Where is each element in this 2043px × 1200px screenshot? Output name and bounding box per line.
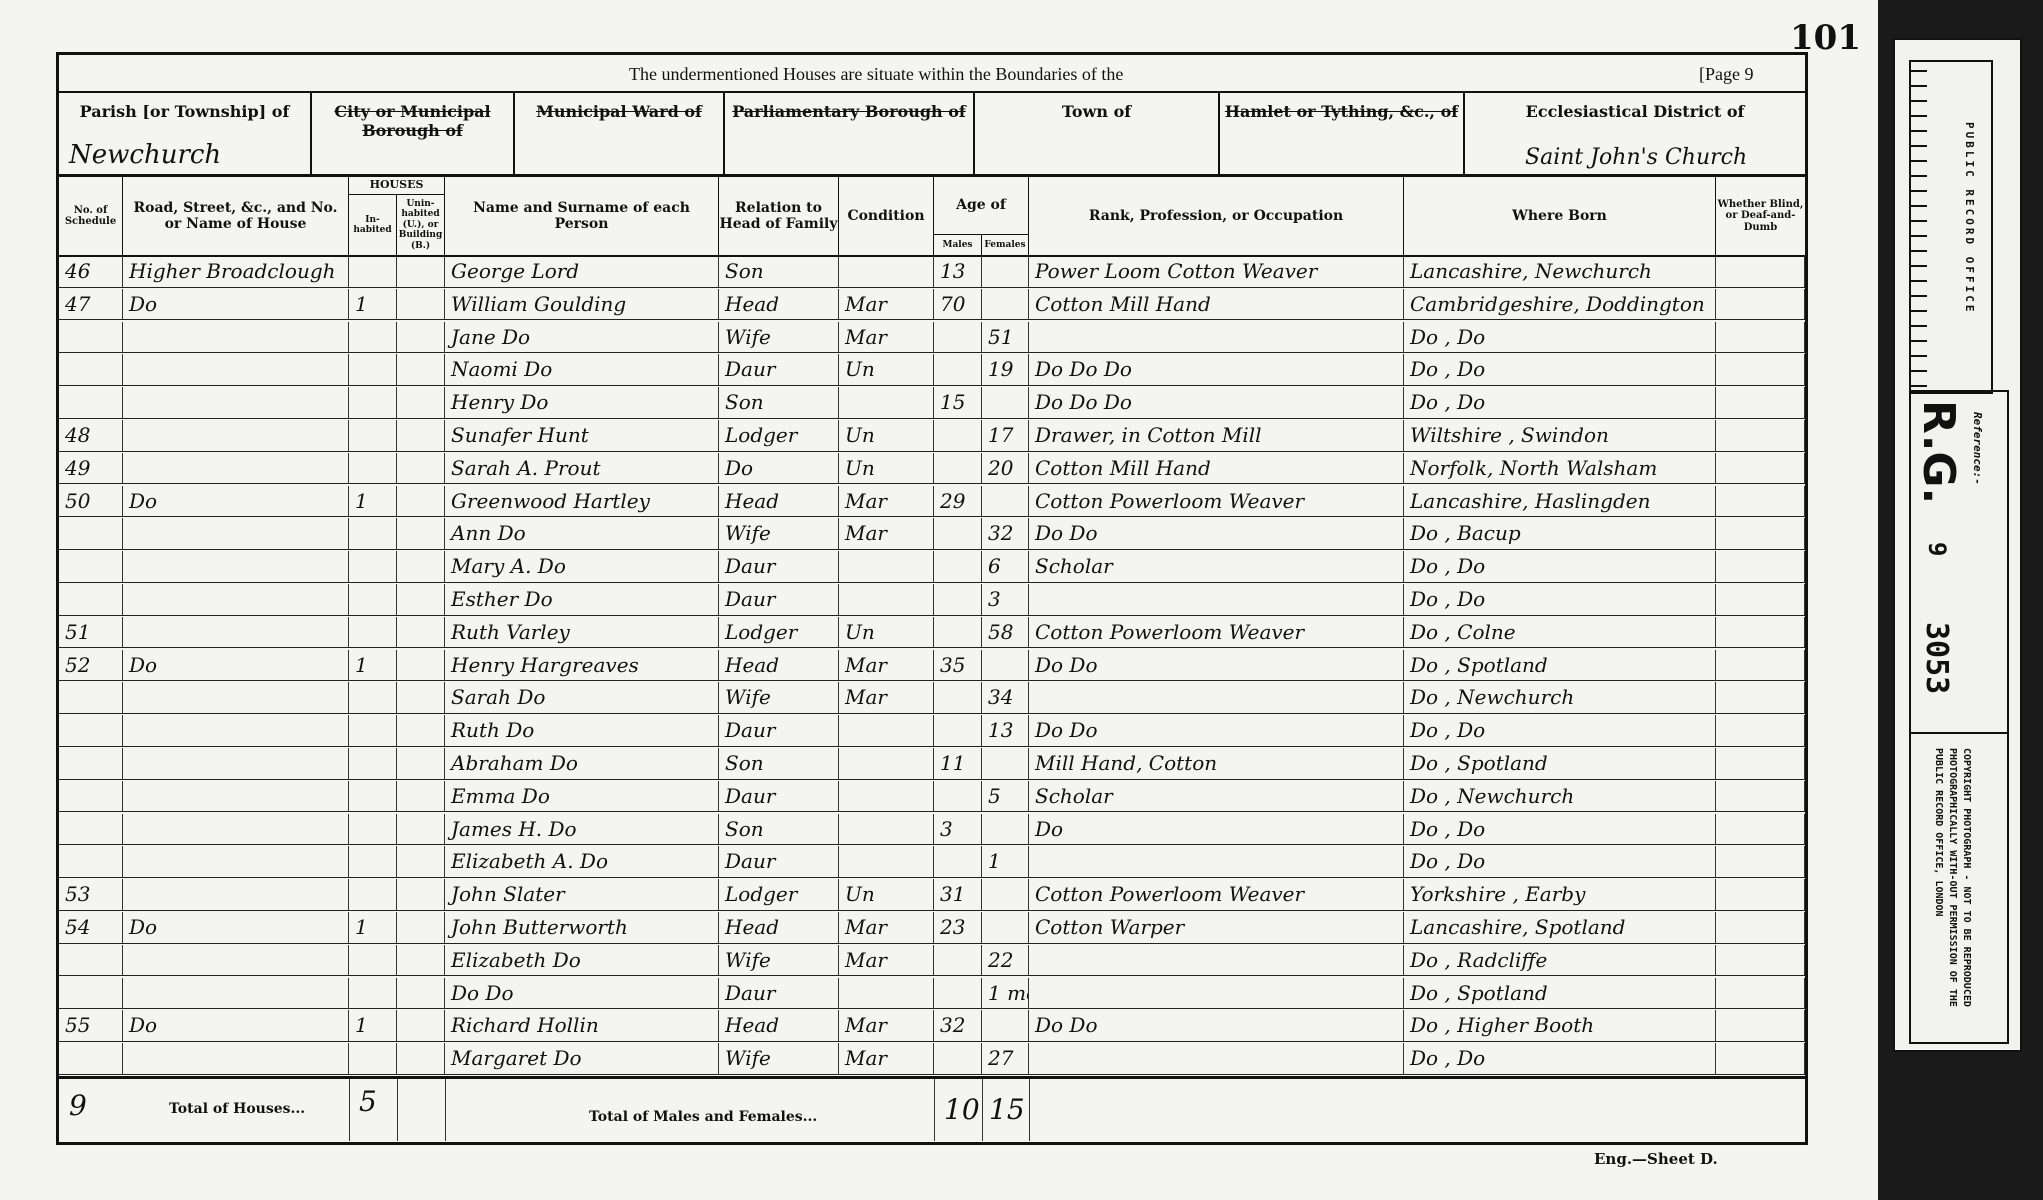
cell-uninh xyxy=(397,1010,445,1041)
cell-schedule: 47 xyxy=(59,289,123,320)
cell-f xyxy=(982,879,1029,910)
census-row: Jane DoWifeMar51Do , Do xyxy=(59,322,1805,354)
cell-blind xyxy=(1716,781,1805,812)
reference-class: R.G. xyxy=(1913,400,1964,504)
cell-rel: Head xyxy=(719,289,839,320)
cell-name: Ruth Varley xyxy=(445,617,719,648)
cell-name: Mary A. Do xyxy=(445,551,719,582)
parliamentary-borough-label: Parliamentary Borough of xyxy=(725,102,973,121)
cell-f: 1 mo xyxy=(982,978,1029,1009)
cell-cond: Un xyxy=(839,354,934,385)
cell-occ: Cotton Mill Hand xyxy=(1029,453,1404,484)
totals-row: 9 Total of Houses... 5 Total of Males an… xyxy=(59,1076,1805,1141)
cell-f xyxy=(982,1010,1029,1041)
cell-inh xyxy=(349,682,397,713)
cell-road xyxy=(123,682,349,713)
cell-schedule: 50 xyxy=(59,486,123,517)
cell-cond xyxy=(839,715,934,746)
cell-rel: Lodger xyxy=(719,617,839,648)
cell-rel: Head xyxy=(719,1010,839,1041)
hamlet-cell: Hamlet or Tything, &c., of xyxy=(1220,92,1465,174)
cell-rel: Daur xyxy=(719,781,839,812)
cell-blind xyxy=(1716,486,1805,517)
cell-road xyxy=(123,781,349,812)
cell-f: 20 xyxy=(982,453,1029,484)
cell-cond: Mar xyxy=(839,650,934,681)
cell-road: Do xyxy=(123,1010,349,1041)
cell-name: John Butterworth xyxy=(445,912,719,943)
cell-m: 11 xyxy=(934,748,982,779)
cell-m xyxy=(934,518,982,549)
cell-inh: 1 xyxy=(349,650,397,681)
cell-blind xyxy=(1716,1043,1805,1074)
col-name: Name and Surname of each Person xyxy=(445,177,719,255)
census-page: 101 The undermentioned Houses are situat… xyxy=(0,0,1878,1200)
cell-m xyxy=(934,846,982,877)
cell-occ: Cotton Powerloom Weaver xyxy=(1029,486,1404,517)
cell-born: Do , Do xyxy=(1404,387,1716,418)
cell-schedule xyxy=(59,978,123,1009)
cell-blind xyxy=(1716,814,1805,845)
cell-blind xyxy=(1716,551,1805,582)
cell-f xyxy=(982,650,1029,681)
cell-road xyxy=(123,551,349,582)
cell-rel: Daur xyxy=(719,715,839,746)
cell-schedule: 48 xyxy=(59,420,123,451)
cell-name: Jane Do xyxy=(445,322,719,353)
cell-f: 27 xyxy=(982,1043,1029,1074)
ecclesiastical-district-value: Saint John's Church xyxy=(1525,145,1747,170)
cell-road: Do xyxy=(123,289,349,320)
cell-cond xyxy=(839,551,934,582)
census-row: 51Ruth VarleyLodgerUn58Cotton Powerloom … xyxy=(59,617,1805,649)
cell-occ: Cotton Powerloom Weaver xyxy=(1029,879,1404,910)
cell-inh xyxy=(349,1043,397,1074)
cell-uninh xyxy=(397,945,445,976)
cell-m: 35 xyxy=(934,650,982,681)
cell-born: Do , Spotland xyxy=(1404,978,1716,1009)
cell-name: John Slater xyxy=(445,879,719,910)
cell-f xyxy=(982,912,1029,943)
ruler-tick xyxy=(1911,265,1927,267)
cell-f: 58 xyxy=(982,617,1029,648)
cell-name: Ruth Do xyxy=(445,715,719,746)
census-row: 50Do1Greenwood HartleyHeadMar29Cotton Po… xyxy=(59,486,1805,518)
cell-occ: Cotton Mill Hand xyxy=(1029,289,1404,320)
col-inhabited: In-habited xyxy=(349,195,397,255)
ruler-tick xyxy=(1911,220,1927,222)
cell-inh xyxy=(349,322,397,353)
ruler-tick xyxy=(1911,295,1927,297)
cell-occ: Power Loom Cotton Weaver xyxy=(1029,256,1404,287)
cell-blind xyxy=(1716,289,1805,320)
reference-piece: 3053 xyxy=(1919,622,1954,694)
cell-rel: Wife xyxy=(719,682,839,713)
cell-schedule: 53 xyxy=(59,879,123,910)
cell-rel: Lodger xyxy=(719,420,839,451)
census-row: Esther DoDaur3Do , Do xyxy=(59,584,1805,616)
cell-born: Do , Newchurch xyxy=(1404,781,1716,812)
cell-name: Abraham Do xyxy=(445,748,719,779)
parish-value: Newchurch xyxy=(69,140,221,170)
reference-box: Reference:- R.G. 9 3053 COPYRIGHT PHOTOG… xyxy=(1909,390,2009,1044)
cell-inh xyxy=(349,814,397,845)
cell-blind xyxy=(1716,354,1805,385)
cell-uninh xyxy=(397,387,445,418)
col-condition: Condition xyxy=(839,177,934,255)
cell-rel: Son xyxy=(719,256,839,287)
cell-uninh xyxy=(397,420,445,451)
cell-blind xyxy=(1716,617,1805,648)
cell-occ: Do Do xyxy=(1029,518,1404,549)
census-row: Elizabeth DoWifeMar22Do , Radcliffe xyxy=(59,945,1805,977)
cell-born: Wiltshire , Swindon xyxy=(1404,420,1716,451)
cell-born: Do , Do xyxy=(1404,322,1716,353)
cell-born: Norfolk, North Walsham xyxy=(1404,453,1716,484)
municipal-borough-cell: City or Municipal Borough of xyxy=(312,92,515,174)
cell-inh xyxy=(349,715,397,746)
cell-f: 51 xyxy=(982,322,1029,353)
cell-name: George Lord xyxy=(445,256,719,287)
cell-uninh xyxy=(397,289,445,320)
cell-cond xyxy=(839,978,934,1009)
cell-inh xyxy=(349,354,397,385)
cell-occ: Do Do xyxy=(1029,650,1404,681)
cell-schedule xyxy=(59,748,123,779)
col-blind-deaf: Whether Blind, or Deaf-and-Dumb xyxy=(1716,177,1805,255)
total-males: 10 xyxy=(944,1093,980,1126)
cell-cond: Mar xyxy=(839,289,934,320)
cell-rel: Head xyxy=(719,912,839,943)
census-row: 47Do1William GouldingHeadMar70Cotton Mil… xyxy=(59,289,1805,321)
census-row: 53John SlaterLodgerUn31Cotton Powerloom … xyxy=(59,879,1805,911)
cell-occ: Scholar xyxy=(1029,781,1404,812)
cell-occ: Do Do Do xyxy=(1029,387,1404,418)
cell-occ: Do xyxy=(1029,814,1404,845)
cell-blind xyxy=(1716,682,1805,713)
cell-schedule xyxy=(59,846,123,877)
census-row: Elizabeth A. DoDaur1Do , Do xyxy=(59,846,1805,878)
cell-uninh xyxy=(397,486,445,517)
cell-blind xyxy=(1716,846,1805,877)
cell-road xyxy=(123,846,349,877)
census-row: Margaret DoWifeMar27Do , Do xyxy=(59,1043,1805,1075)
cell-blind xyxy=(1716,420,1805,451)
cell-name: Margaret Do xyxy=(445,1043,719,1074)
cell-occ xyxy=(1029,682,1404,713)
cell-cond xyxy=(839,387,934,418)
cell-inh: 1 xyxy=(349,912,397,943)
cell-road xyxy=(123,354,349,385)
total-houses-value: 5 xyxy=(359,1085,377,1118)
cell-cond: Mar xyxy=(839,682,934,713)
cell-name: Sarah A. Prout xyxy=(445,453,719,484)
census-row: Naomi DoDaurUn19Do Do DoDo , Do xyxy=(59,354,1805,386)
cell-name: William Goulding xyxy=(445,289,719,320)
cell-f xyxy=(982,814,1029,845)
cell-blind xyxy=(1716,453,1805,484)
ruler-tick xyxy=(1911,190,1927,192)
cell-cond xyxy=(839,814,934,845)
cell-rel: Daur xyxy=(719,551,839,582)
parliamentary-borough-cell: Parliamentary Borough of xyxy=(725,92,975,174)
cell-m xyxy=(934,322,982,353)
cell-occ: Cotton Powerloom Weaver xyxy=(1029,617,1404,648)
census-row: 49Sarah A. ProutDoUn20Cotton Mill HandNo… xyxy=(59,453,1805,485)
ruler-tick xyxy=(1911,85,1927,87)
cell-cond: Mar xyxy=(839,912,934,943)
cell-uninh xyxy=(397,682,445,713)
cell-f: 17 xyxy=(982,420,1029,451)
cell-cond: Un xyxy=(839,420,934,451)
cell-schedule xyxy=(59,551,123,582)
cell-inh xyxy=(349,748,397,779)
cell-born: Cambridgeshire, Doddington xyxy=(1404,289,1716,320)
cell-m xyxy=(934,1043,982,1074)
cell-m xyxy=(934,420,982,451)
ruler: PUBLIC RECORD OFFICE xyxy=(1909,60,1993,394)
ruler-tick xyxy=(1911,115,1927,117)
total-persons-label: Total of Males and Females... xyxy=(589,1109,817,1125)
census-row: Emma DoDaur5ScholarDo , Newchurch xyxy=(59,781,1805,813)
census-row: Sarah DoWifeMar34Do , Newchurch xyxy=(59,682,1805,714)
cell-f: 6 xyxy=(982,551,1029,582)
cell-m xyxy=(934,354,982,385)
cell-occ: Scholar xyxy=(1029,551,1404,582)
cell-blind xyxy=(1716,912,1805,943)
census-row: Do DoDaur1 moDo , Spotland xyxy=(59,978,1805,1010)
ruler-tick xyxy=(1911,355,1927,357)
column-headers: No. of Schedule Road, Street, &c., and N… xyxy=(59,177,1805,257)
ruler-tick xyxy=(1911,145,1927,147)
cell-m xyxy=(934,715,982,746)
cell-blind xyxy=(1716,387,1805,418)
cell-rel: Head xyxy=(719,486,839,517)
census-row: 54Do1John ButterworthHeadMar23Cotton War… xyxy=(59,912,1805,944)
sheet-footer: Eng.—Sheet D. xyxy=(1594,1150,1718,1168)
cell-f: 13 xyxy=(982,715,1029,746)
district-header: Parish [or Township] of Newchurch City o… xyxy=(59,92,1805,177)
cell-m: 31 xyxy=(934,879,982,910)
cell-f: 1 xyxy=(982,846,1029,877)
ruler-tick xyxy=(1911,70,1927,72)
cell-rel: Daur xyxy=(719,978,839,1009)
cell-road xyxy=(123,879,349,910)
cell-m: 3 xyxy=(934,814,982,845)
census-row: Abraham DoSon11Mill Hand, CottonDo , Spo… xyxy=(59,748,1805,780)
cell-road xyxy=(123,814,349,845)
cell-rel: Wife xyxy=(719,945,839,976)
col-where-born: Where Born xyxy=(1404,177,1716,255)
town-label: Town of xyxy=(975,102,1218,121)
cell-inh xyxy=(349,978,397,1009)
ruler-tick xyxy=(1911,100,1927,102)
cell-uninh xyxy=(397,518,445,549)
cell-inh xyxy=(349,453,397,484)
cell-rel: Wife xyxy=(719,322,839,353)
cell-schedule xyxy=(59,354,123,385)
cell-m xyxy=(934,781,982,812)
cell-uninh xyxy=(397,715,445,746)
cell-schedule xyxy=(59,682,123,713)
cell-m xyxy=(934,682,982,713)
cell-uninh xyxy=(397,879,445,910)
form-title-row: The undermentioned Houses are situate wi… xyxy=(59,55,1805,93)
ruler-tick xyxy=(1911,385,1927,387)
cell-road xyxy=(123,584,349,615)
cell-born: Do , Do xyxy=(1404,1043,1716,1074)
ruler-tick xyxy=(1911,160,1927,162)
cell-inh: 1 xyxy=(349,289,397,320)
cell-occ xyxy=(1029,846,1404,877)
cell-born: Do , Spotland xyxy=(1404,650,1716,681)
cell-rel: Lodger xyxy=(719,879,839,910)
cell-schedule: 51 xyxy=(59,617,123,648)
cell-rel: Daur xyxy=(719,354,839,385)
cell-born: Do , Newchurch xyxy=(1404,682,1716,713)
cell-cond: Un xyxy=(839,453,934,484)
form-title: The undermentioned Houses are situate wi… xyxy=(629,64,1123,85)
cell-rel: Wife xyxy=(719,1043,839,1074)
cell-rel: Wife xyxy=(719,518,839,549)
cell-road: Do xyxy=(123,912,349,943)
public-record-office-label: PUBLIC RECORD OFFICE xyxy=(1963,122,1976,314)
cell-schedule: 54 xyxy=(59,912,123,943)
cell-road xyxy=(123,387,349,418)
col-occupation: Rank, Profession, or Occupation xyxy=(1029,177,1404,255)
cell-inh xyxy=(349,945,397,976)
cell-inh: 1 xyxy=(349,1010,397,1041)
cell-schedule xyxy=(59,387,123,418)
col-schedule: No. of Schedule xyxy=(59,177,123,255)
cell-born: Do , Do xyxy=(1404,584,1716,615)
col-houses: HOUSES xyxy=(349,177,445,195)
cell-born: Do , Do xyxy=(1404,551,1716,582)
cell-rel: Son xyxy=(719,387,839,418)
cell-uninh xyxy=(397,584,445,615)
cell-road xyxy=(123,322,349,353)
cell-cond xyxy=(839,584,934,615)
cell-blind xyxy=(1716,518,1805,549)
cell-cond: Un xyxy=(839,879,934,910)
cell-born: Lancashire, Spotland xyxy=(1404,912,1716,943)
cell-road xyxy=(123,617,349,648)
col-age: Age of xyxy=(934,177,1029,235)
cell-uninh xyxy=(397,256,445,287)
cell-name: Sunafer Hunt xyxy=(445,420,719,451)
ruler-tick xyxy=(1911,310,1927,312)
cell-m xyxy=(934,617,982,648)
ruler-tick xyxy=(1911,280,1927,282)
cell-uninh xyxy=(397,1043,445,1074)
cell-name: Emma Do xyxy=(445,781,719,812)
cell-schedule: 46 xyxy=(59,256,123,287)
cell-uninh xyxy=(397,814,445,845)
cell-cond xyxy=(839,846,934,877)
cell-inh xyxy=(349,518,397,549)
ruler-tick xyxy=(1911,205,1927,207)
cell-uninh xyxy=(397,551,445,582)
cell-blind xyxy=(1716,715,1805,746)
cell-m xyxy=(934,945,982,976)
cell-occ: Mill Hand, Cotton xyxy=(1029,748,1404,779)
ruler-tick xyxy=(1911,340,1927,342)
cell-road xyxy=(123,453,349,484)
cell-f: 22 xyxy=(982,945,1029,976)
ruler-tick xyxy=(1911,250,1927,252)
cell-blind xyxy=(1716,1010,1805,1041)
cell-occ xyxy=(1029,978,1404,1009)
col-uninhabited: Unin-habited (U.), or Building (B.) xyxy=(397,195,445,255)
cell-rel: Daur xyxy=(719,846,839,877)
cell-occ xyxy=(1029,322,1404,353)
census-row: 52Do1Henry HargreavesHeadMar35Do DoDo , … xyxy=(59,650,1805,682)
cell-f: 3 xyxy=(982,584,1029,615)
cell-f xyxy=(982,486,1029,517)
cell-m: 23 xyxy=(934,912,982,943)
cell-uninh xyxy=(397,617,445,648)
hamlet-label: Hamlet or Tything, &c., of xyxy=(1220,102,1463,121)
cell-occ: Cotton Warper xyxy=(1029,912,1404,943)
cell-road xyxy=(123,748,349,779)
parish-label: Parish [or Township] of xyxy=(59,102,310,121)
cell-blind xyxy=(1716,945,1805,976)
reference-series: 9 xyxy=(1923,542,1951,556)
cell-blind xyxy=(1716,879,1805,910)
cell-cond: Mar xyxy=(839,945,934,976)
ruler-tick xyxy=(1911,130,1927,132)
census-row: 46Higher BroadcloughGeorge LordSon13Powe… xyxy=(59,256,1805,288)
cell-blind xyxy=(1716,584,1805,615)
cell-blind xyxy=(1716,978,1805,1009)
census-form: The undermentioned Houses are situate wi… xyxy=(56,52,1808,1145)
cell-born: Do , Do xyxy=(1404,814,1716,845)
cell-inh xyxy=(349,879,397,910)
cell-rel: Son xyxy=(719,748,839,779)
cell-road xyxy=(123,715,349,746)
cell-name: Greenwood Hartley xyxy=(445,486,719,517)
cell-uninh xyxy=(397,781,445,812)
cell-schedule: 55 xyxy=(59,1010,123,1041)
cell-cond: Mar xyxy=(839,1043,934,1074)
cell-road xyxy=(123,945,349,976)
cell-m: 13 xyxy=(934,256,982,287)
cell-schedule xyxy=(59,322,123,353)
cell-m: 15 xyxy=(934,387,982,418)
cell-uninh xyxy=(397,322,445,353)
cell-road: Do xyxy=(123,650,349,681)
cell-uninh xyxy=(397,354,445,385)
cell-rel: Son xyxy=(719,814,839,845)
cell-schedule: 52 xyxy=(59,650,123,681)
cell-uninh xyxy=(397,846,445,877)
cell-m: 29 xyxy=(934,486,982,517)
census-row: 48Sunafer HuntLodgerUn17Drawer, in Cotto… xyxy=(59,420,1805,452)
cell-blind xyxy=(1716,256,1805,287)
cell-m: 70 xyxy=(934,289,982,320)
cell-f xyxy=(982,748,1029,779)
cell-f: 34 xyxy=(982,682,1029,713)
municipal-ward-cell: Municipal Ward of xyxy=(515,92,725,174)
cell-road: Do xyxy=(123,486,349,517)
ecclesiastical-district-label: Ecclesiastical District of xyxy=(1465,102,1805,121)
ruler-tick xyxy=(1911,235,1927,237)
col-road: Road, Street, &c., and No. or Name of Ho… xyxy=(123,177,349,255)
cell-uninh xyxy=(397,748,445,779)
reference-label: Reference:- xyxy=(1971,412,1984,485)
cell-inh xyxy=(349,256,397,287)
cell-born: Do , Bacup xyxy=(1404,518,1716,549)
